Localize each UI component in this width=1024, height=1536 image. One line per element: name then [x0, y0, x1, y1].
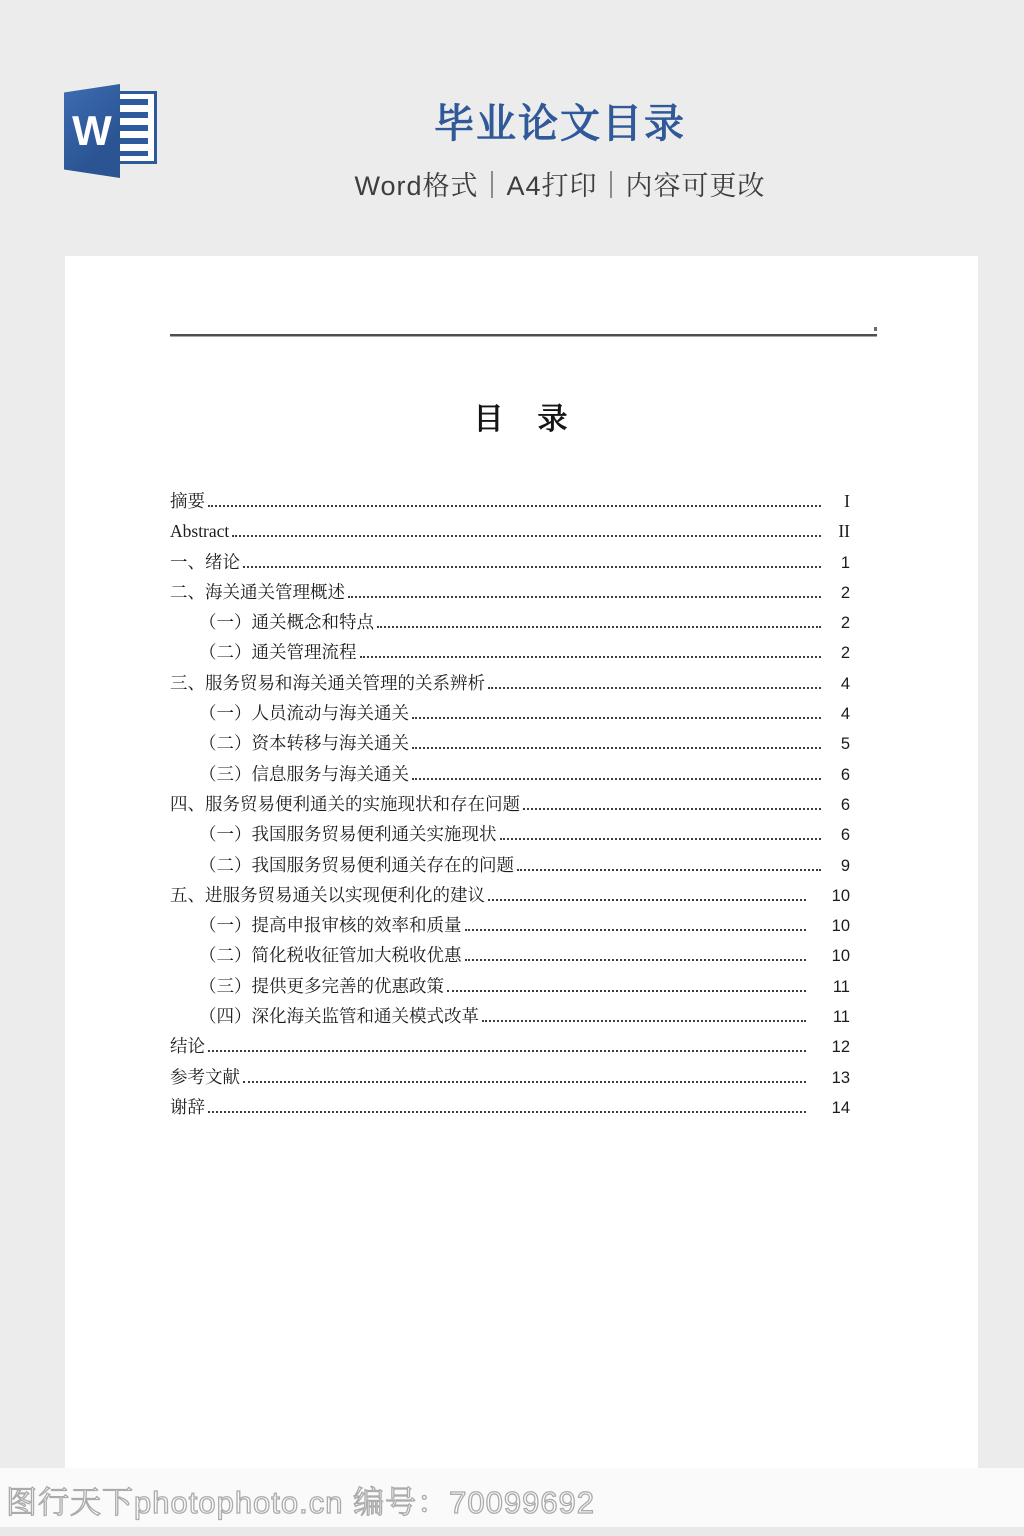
- toc-page-number: 10: [824, 881, 850, 911]
- toc-page-number: 13: [824, 1063, 850, 1093]
- toc-page-number: 5: [824, 729, 850, 759]
- footer-watermark-strip: 图行天下photophoto.cn 编号：70099692: [0, 1468, 1024, 1527]
- toc-dotted-leader: [360, 656, 822, 658]
- toc-entry: （二）我国服务贸易便利通关存在的问题 9: [170, 850, 850, 880]
- toc-entry-label: （二）我国服务贸易便利通关存在的问题: [199, 850, 514, 880]
- toc-entry: 结论 12: [170, 1031, 850, 1061]
- toc-list: 摘要 I Abstract II 一、绪论 1 二、海关通关管理概述 2 （一）…: [170, 486, 850, 1122]
- toc-entry: （三）信息服务与海关通关 6: [170, 759, 850, 789]
- toc-entry: （一）通关概念和特点 2: [170, 607, 850, 637]
- toc-entry-label: （三）信息服务与海关通关: [199, 759, 409, 789]
- toc-page-number: 2: [824, 638, 850, 668]
- toc-dotted-leader: [523, 808, 821, 810]
- toc-entry-label: （四）深化海关监管和通关模式改革: [199, 1001, 479, 1031]
- toc-page-number: 12: [824, 1032, 850, 1062]
- header-text: 毕业论文目录 Word格式｜A4打印｜内容可更改: [96, 92, 1024, 203]
- toc-entry: 摘要 I: [170, 486, 850, 516]
- toc-entry-label: 四、服务贸易便利通关的实施现状和存在问题: [170, 789, 520, 819]
- toc-page-number: 2: [824, 578, 850, 608]
- toc-entry: 四、服务贸易便利通关的实施现状和存在问题 6: [170, 789, 850, 819]
- toc-page-number: 10: [824, 941, 850, 971]
- toc-page-number: 10: [824, 911, 850, 941]
- toc-dotted-leader: [243, 566, 821, 568]
- toc-page-number: 9: [824, 851, 850, 881]
- word-icon: W: [64, 84, 160, 178]
- toc-page-number: II: [824, 516, 850, 546]
- header-rule: [170, 334, 877, 337]
- toc-dotted-leader: [465, 959, 807, 961]
- toc-entry: （二）通关管理流程 2: [170, 637, 850, 667]
- toc-entry-label: （二）资本转移与海关通关: [199, 728, 409, 758]
- toc-dotted-leader: [517, 869, 821, 871]
- toc-page-number: 6: [824, 790, 850, 820]
- toc-entry: （二）简化税收征管加大税收优惠 10: [170, 940, 850, 970]
- toc-page-number: 14: [824, 1093, 850, 1123]
- page-title: 毕业论文目录: [96, 92, 1024, 149]
- word-icon-sheet-lines: [116, 99, 148, 156]
- toc-entry: （一）我国服务贸易便利通关实施现状 6: [170, 819, 850, 849]
- toc-entry: （三）提供更多完善的优惠政策 11: [170, 971, 850, 1001]
- toc-page-number: 11: [824, 972, 850, 1002]
- toc-entry-label: 五、进服务贸易通关以实现便利化的建议: [170, 880, 485, 910]
- toc-dotted-leader: [482, 1020, 806, 1022]
- toc-entry-label: 二、海关通关管理概述: [170, 577, 345, 607]
- toc-entry-label: 参考文献: [170, 1062, 240, 1092]
- toc-dotted-leader: [465, 929, 807, 931]
- toc-entry-label: Abstract: [170, 516, 229, 546]
- toc-dotted-leader: [500, 838, 822, 840]
- toc-entry: 三、服务贸易和海关通关管理的关系辨析 4: [170, 668, 850, 698]
- toc-entry-label: 一、绪论: [170, 547, 240, 577]
- toc-entry: 二、海关通关管理概述 2: [170, 577, 850, 607]
- toc-entry-label: 结论: [170, 1031, 205, 1061]
- toc-dotted-leader: [232, 535, 821, 537]
- toc-page-number: 6: [824, 820, 850, 850]
- word-icon-letter: W: [72, 110, 112, 152]
- toc-entry-label: （一）人员流动与海关通关: [199, 698, 409, 728]
- toc-page-number: 2: [824, 608, 850, 638]
- toc-entry-label: （二）简化税收征管加大税收优惠: [199, 940, 462, 970]
- toc-dotted-leader: [447, 990, 806, 992]
- toc-entry-label: （一）通关概念和特点: [199, 607, 374, 637]
- toc-page-number: 4: [824, 699, 850, 729]
- toc-entry-label: 摘要: [170, 486, 205, 516]
- toc-entry-label: （一）我国服务贸易便利通关实施现状: [199, 819, 497, 849]
- toc-entry: Abstract II: [170, 516, 850, 546]
- toc-page-number: I: [824, 486, 850, 516]
- toc-entry: 谢辞 14: [170, 1092, 850, 1122]
- toc-dotted-leader: [412, 717, 821, 719]
- toc-entry: （一）提高申报审核的效率和质量 10: [170, 910, 850, 940]
- toc-entry: （一）人员流动与海关通关 4: [170, 698, 850, 728]
- toc-page-number: 6: [824, 760, 850, 790]
- rule-end-dot: [874, 327, 877, 331]
- toc-entry-label: （一）提高申报审核的效率和质量: [199, 910, 462, 940]
- toc-heading: 目 录: [65, 394, 978, 438]
- toc-dotted-leader: [412, 778, 821, 780]
- toc-entry-label: 三、服务贸易和海关通关管理的关系辨析: [170, 668, 485, 698]
- page-subtitle: Word格式｜A4打印｜内容可更改: [96, 164, 1024, 203]
- toc-dotted-leader: [208, 505, 821, 507]
- toc-dotted-leader: [208, 1111, 806, 1113]
- toc-page-number: 4: [824, 669, 850, 699]
- toc-entry-label: （二）通关管理流程: [199, 637, 357, 667]
- watermark-text: 图行天下photophoto.cn 编号：70099692: [6, 1477, 595, 1522]
- toc-page-number: 11: [824, 1002, 850, 1032]
- toc-dotted-leader: [488, 687, 821, 689]
- document-page: 目 录 摘要 I Abstract II 一、绪论 1 二、海关通关管理概述 2…: [65, 256, 978, 1490]
- header: W 毕业论文目录 Word格式｜A4打印｜内容可更改: [0, 0, 1024, 256]
- toc-dotted-leader: [243, 1081, 806, 1083]
- toc-entry: （四）深化海关监管和通关模式改革 11: [170, 1001, 850, 1031]
- toc-entry-label: 谢辞: [170, 1092, 205, 1122]
- toc-entry: （二）资本转移与海关通关 5: [170, 728, 850, 758]
- toc-dotted-leader: [377, 626, 821, 628]
- toc-dotted-leader: [208, 1050, 806, 1052]
- footer-background: [0, 1527, 1024, 1536]
- toc-dotted-leader: [412, 747, 821, 749]
- toc-entry: 参考文献 13: [170, 1062, 850, 1092]
- toc-dotted-leader: [488, 899, 806, 901]
- toc-entry: 五、进服务贸易通关以实现便利化的建议 10: [170, 880, 850, 910]
- toc-entry: 一、绪论 1: [170, 547, 850, 577]
- toc-page-number: 1: [824, 548, 850, 578]
- toc-dotted-leader: [348, 596, 821, 598]
- word-icon-w-shape: W: [64, 84, 120, 178]
- toc-entry-label: （三）提供更多完善的优惠政策: [199, 971, 444, 1001]
